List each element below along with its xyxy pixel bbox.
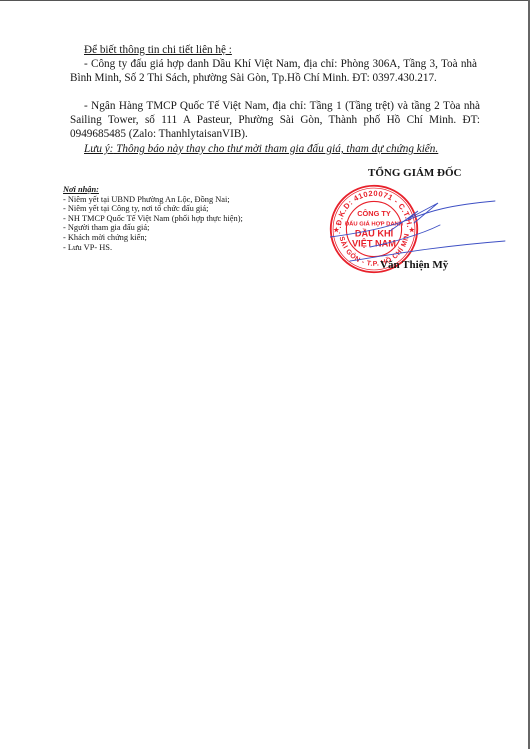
recipient-item: - Niêm yết tại Công ty, nơi tổ chức đấu … bbox=[63, 204, 243, 214]
signer-name: Văn Thiện Mỹ bbox=[380, 259, 448, 271]
document-page: Để biết thông tin chi tiết liên hệ : - C… bbox=[0, 0, 528, 749]
recipient-item: - Niêm yết tại UBND Phường An Lộc, Đồng … bbox=[63, 195, 243, 205]
note-label: Lưu ý: bbox=[84, 143, 113, 155]
recipient-item: - Lưu VP- HS. bbox=[63, 243, 243, 253]
recipient-item: - Người tham gia đấu giá; bbox=[63, 223, 243, 233]
contact-company: - Công ty đấu giá hợp danh Dầu Khí Việt … bbox=[70, 57, 477, 85]
note-text: Thông báo này thay cho thư mời tham gia … bbox=[113, 143, 438, 155]
recipient-item: - NH TMCP Quốc Tế Việt Nam (phối hợp thự… bbox=[63, 214, 243, 224]
recipients-title: Nơi nhận: bbox=[63, 185, 243, 195]
signer-title: TỔNG GIÁM ĐỐC bbox=[368, 167, 462, 179]
recipient-item: - Khách mời chứng kiến; bbox=[63, 233, 243, 243]
contact-bank: - Ngân Hàng TMCP Quốc Tế Việt Nam, địa c… bbox=[70, 99, 480, 141]
recipients-list: - Niêm yết tại UBND Phường An Lộc, Đồng … bbox=[63, 195, 243, 253]
signature-icon bbox=[330, 189, 510, 269]
contact-heading: Để biết thông tin chi tiết liên hệ : bbox=[84, 43, 232, 57]
recipients-block: Nơi nhận: - Niêm yết tại UBND Phường An … bbox=[63, 185, 243, 252]
note: Lưu ý: Thông báo này thay cho thư mời th… bbox=[84, 142, 438, 156]
